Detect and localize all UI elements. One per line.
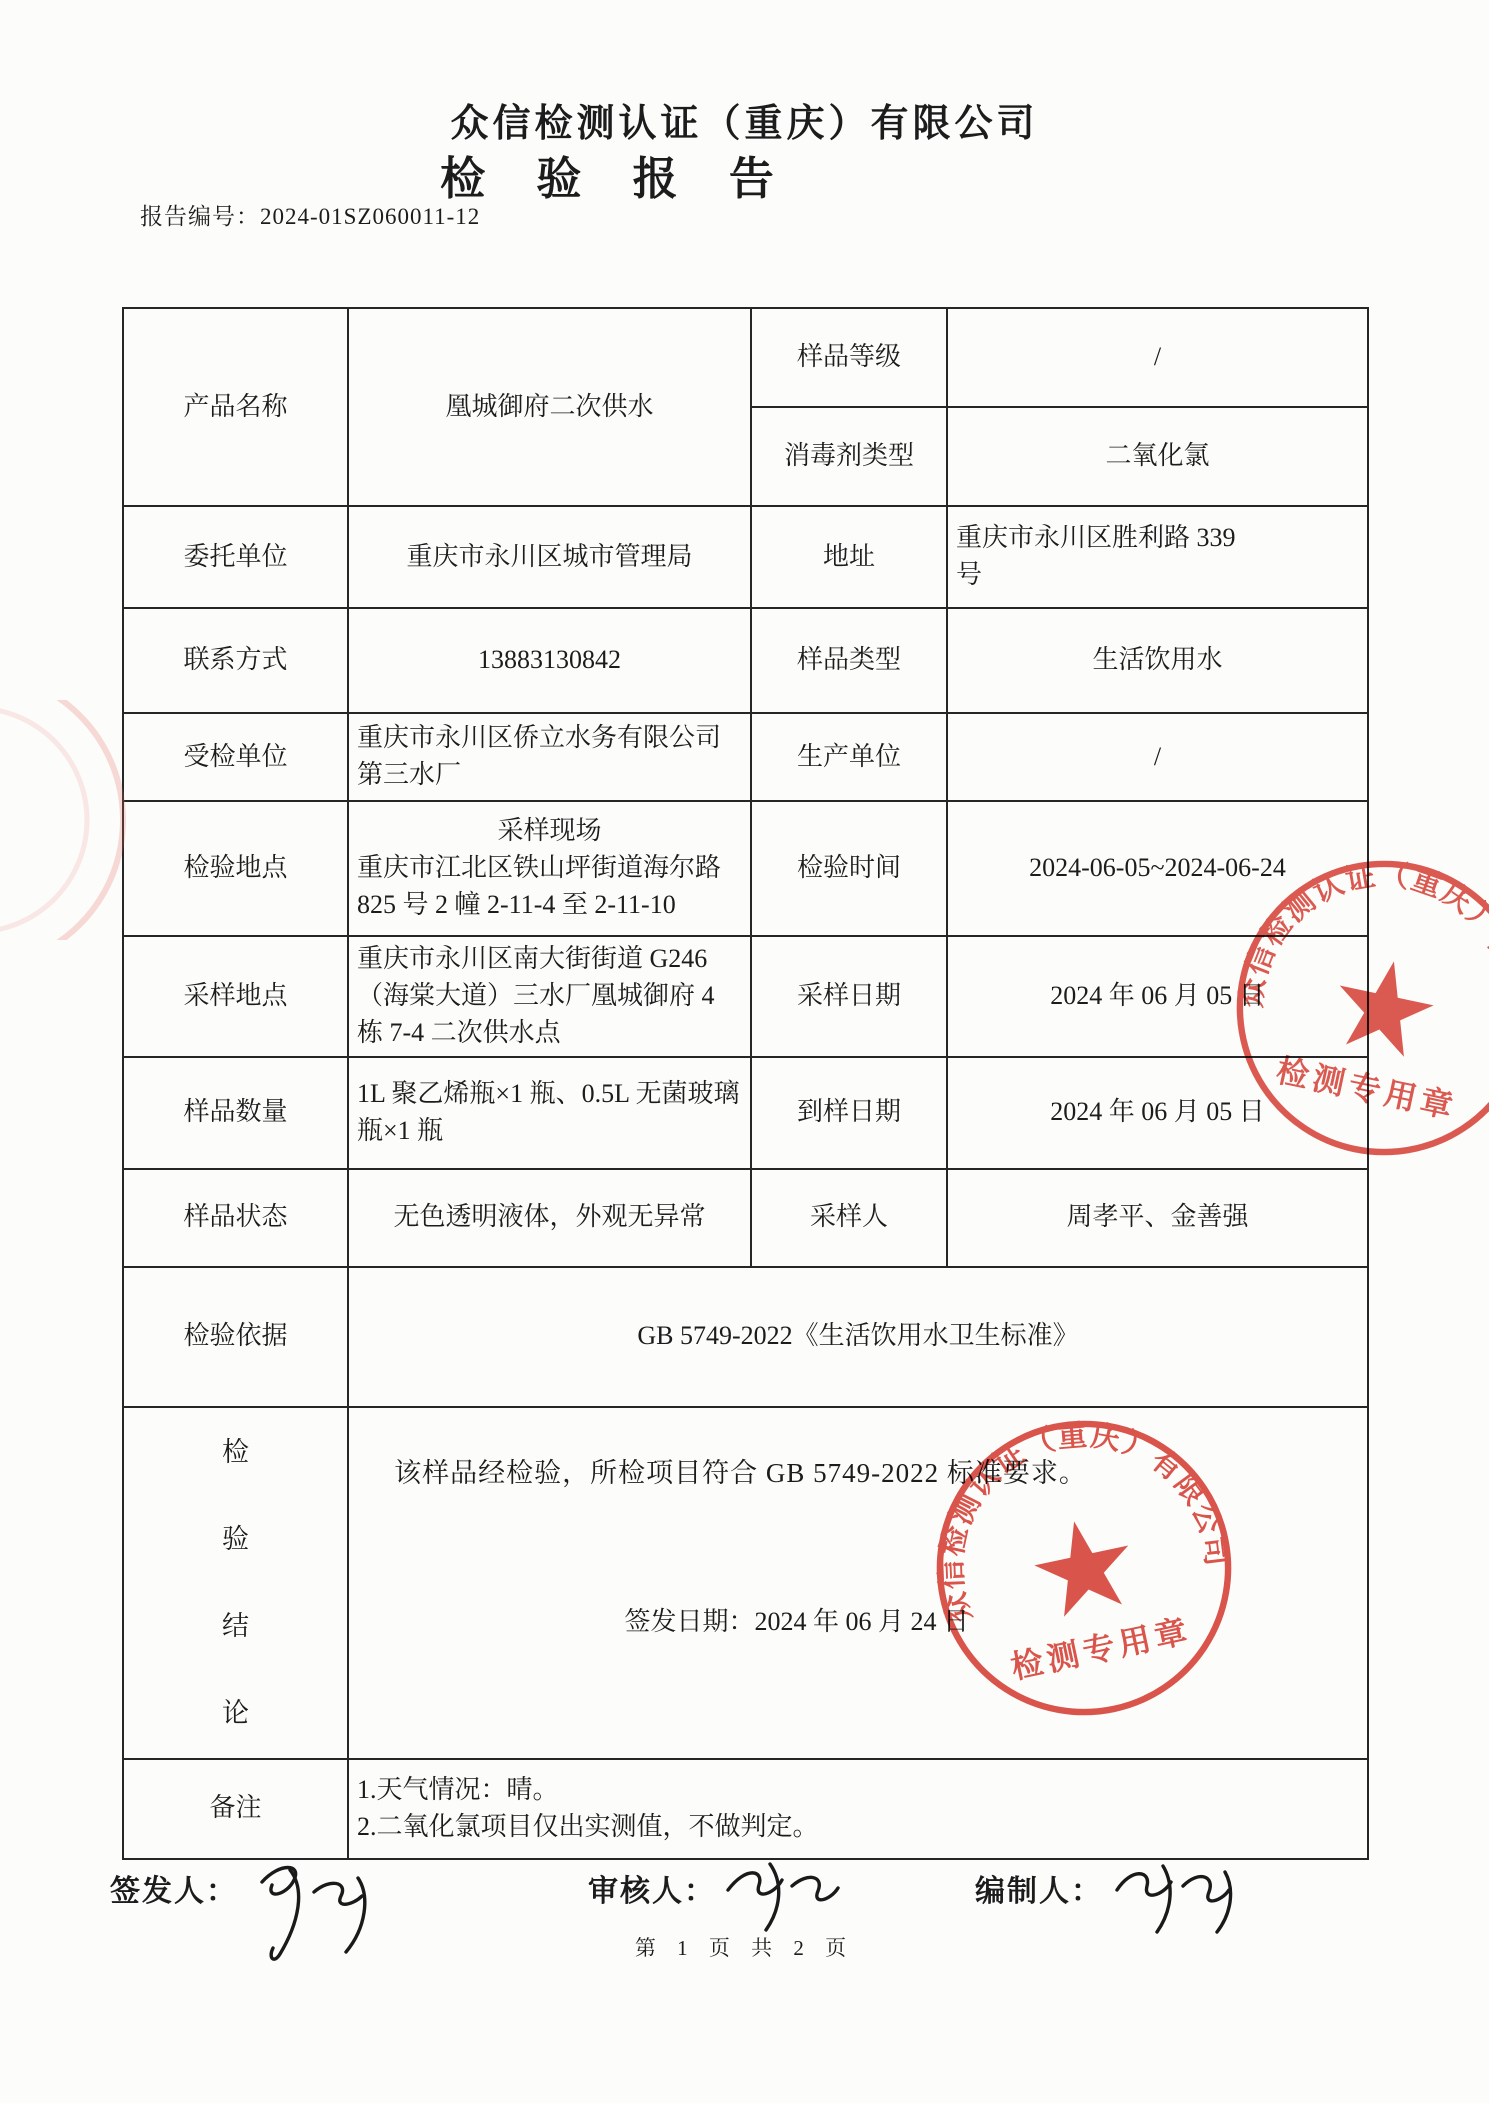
sample-status-label: 样品状态 xyxy=(123,1169,348,1267)
inspection-place-value: 采样现场 重庆市江北区铁山坪街道海尔路 825 号 2 幢 2-11-4 至 2… xyxy=(348,801,751,936)
arrival-date-label: 到样日期 xyxy=(751,1057,947,1169)
inspection-report-page: 众信检测认证（重庆）有限公司 检 验 报 告 报告编号：2024-01SZ060… xyxy=(0,0,1489,2103)
sample-quantity-label: 样品数量 xyxy=(123,1057,348,1169)
table-row: 检验地点 采样现场 重庆市江北区铁山坪街道海尔路 825 号 2 幢 2-11-… xyxy=(123,801,1368,936)
sampling-place-label: 采样地点 xyxy=(123,936,348,1057)
table-row: 样品状态 无色透明液体，外观无异常 采样人 周孝平、金善强 xyxy=(123,1169,1368,1267)
company-name: 众信检测认证（重庆）有限公司 xyxy=(0,92,1489,147)
conclusion-text: 该样品经检验，所检项目符合 GB 5749-2022 标准要求。 xyxy=(349,1454,1132,1492)
conclusion-cell: 该样品经检验，所检项目符合 GB 5749-2022 标准要求。 签发日期：20… xyxy=(348,1407,1368,1759)
client-unit-label: 委托单位 xyxy=(123,506,348,608)
sampling-date-value: 2024 年 06 月 05 日 xyxy=(947,936,1368,1057)
sample-grade-value: / xyxy=(947,308,1368,407)
remarks-label: 备注 xyxy=(123,1759,348,1859)
inspection-place-line1: 采样现场 xyxy=(357,813,742,850)
report-number-line: 报告编号：2024-01SZ060011-12 xyxy=(140,198,480,231)
sampling-date-label: 采样日期 xyxy=(751,936,947,1057)
inspected-unit-value: 重庆市永川区侨立水务有限公司第三水厂 xyxy=(348,713,751,801)
report-number-label: 报告编号： xyxy=(140,204,260,229)
inspected-unit-label: 受检单位 xyxy=(123,713,348,801)
inspection-time-label: 检验时间 xyxy=(751,801,947,936)
sample-status-value: 无色透明液体，外观无异常 xyxy=(348,1169,751,1267)
address-label: 地址 xyxy=(751,506,947,608)
table-row: 样品数量 1L 聚乙烯瓶×1 瓶、0.5L 无菌玻璃瓶×1 瓶 到样日期 202… xyxy=(123,1057,1368,1169)
preparer-signature-ink xyxy=(1105,1854,1265,1944)
table-row: 备注 1.天气情况：晴。 2.二氧化氯项目仅出实测值，不做判定。 xyxy=(123,1759,1368,1859)
sampler-value: 周孝平、金善强 xyxy=(947,1169,1368,1267)
issuer-label: 签发人： xyxy=(110,1858,238,1910)
sample-grade-label: 样品等级 xyxy=(751,308,947,407)
table-row: 采样地点 重庆市永川区南大街街道 G246（海棠大道）三水厂凰城御府 4 栋 7… xyxy=(123,936,1368,1057)
production-unit-label: 生产单位 xyxy=(751,713,947,801)
table-row: 产品名称 凰城御府二次供水 样品等级 / xyxy=(123,308,1368,407)
preparer-label: 编制人： xyxy=(975,1858,1103,1910)
conclusion-label-char: 论 xyxy=(222,1694,249,1732)
sample-quantity-value: 1L 聚乙烯瓶×1 瓶、0.5L 无菌玻璃瓶×1 瓶 xyxy=(348,1057,751,1169)
table-row: 检 验 结 论 该样品经检验，所检项目符合 GB 5749-2022 标准要求。… xyxy=(123,1407,1368,1759)
table-row: 委托单位 重庆市永川区城市管理局 地址 重庆市永川区胜利路 339 号 xyxy=(123,506,1368,608)
conclusion-label: 检 验 结 论 xyxy=(123,1407,348,1759)
sample-type-value: 生活饮用水 xyxy=(947,608,1368,713)
remarks-note-1: 1.天气情况：晴。 xyxy=(357,1772,1359,1809)
inspection-time-value: 2024-06-05~2024-06-24 xyxy=(947,801,1368,936)
address-value: 重庆市永川区胜利路 339 号 xyxy=(947,506,1368,608)
sample-type-label: 样品类型 xyxy=(751,608,947,713)
page-number: 第 1 页 共 2 页 xyxy=(0,1932,1489,1962)
contact-value: 13883130842 xyxy=(348,608,751,713)
remarks-value: 1.天气情况：晴。 2.二氧化氯项目仅出实测值，不做判定。 xyxy=(348,1759,1368,1859)
disinfectant-type-value: 二氧化氯 xyxy=(947,407,1368,506)
inspection-basis-label: 检验依据 xyxy=(123,1267,348,1407)
report-table: 产品名称 凰城御府二次供水 样品等级 / 消毒剂类型 二氧化氯 委托单位 重庆市… xyxy=(122,307,1369,1860)
product-name-value: 凰城御府二次供水 xyxy=(348,308,751,506)
contact-label: 联系方式 xyxy=(123,608,348,713)
reviewer-signature-ink xyxy=(718,1854,858,1944)
inspection-place-line2: 重庆市江北区铁山坪街道海尔路 825 号 2 幢 2-11-4 至 2-11-1… xyxy=(357,850,742,924)
arrival-date-value: 2024 年 06 月 05 日 xyxy=(947,1057,1368,1169)
table-row: 受检单位 重庆市永川区侨立水务有限公司第三水厂 生产单位 / xyxy=(123,713,1368,801)
sampling-place-value: 重庆市永川区南大街街道 G246（海棠大道）三水厂凰城御府 4 栋 7-4 二次… xyxy=(348,936,751,1057)
remarks-note-2: 2.二氧化氯项目仅出实测值，不做判定。 xyxy=(357,1809,1359,1846)
inspection-basis-value: GB 5749-2022《生活饮用水卫生标准》 xyxy=(348,1267,1368,1407)
conclusion-label-char: 检 xyxy=(222,1433,249,1471)
production-unit-value: / xyxy=(947,713,1368,801)
table-row: 联系方式 13883130842 样品类型 生活饮用水 xyxy=(123,608,1368,713)
inspection-place-label: 检验地点 xyxy=(123,801,348,936)
issue-date: 签发日期：2024 年 06 月 24 日 xyxy=(624,1604,969,1641)
table-row: 检验依据 GB 5749-2022《生活饮用水卫生标准》 xyxy=(123,1267,1368,1407)
sampler-label: 采样人 xyxy=(751,1169,947,1267)
disinfectant-type-label: 消毒剂类型 xyxy=(751,407,947,506)
product-name-label: 产品名称 xyxy=(123,308,348,506)
report-number-value: 2024-01SZ060011-12 xyxy=(260,204,480,229)
conclusion-label-char: 验 xyxy=(222,1520,249,1558)
reviewer-label: 审核人： xyxy=(588,1858,716,1910)
client-unit-value: 重庆市永川区城市管理局 xyxy=(348,506,751,608)
conclusion-label-char: 结 xyxy=(222,1607,249,1645)
